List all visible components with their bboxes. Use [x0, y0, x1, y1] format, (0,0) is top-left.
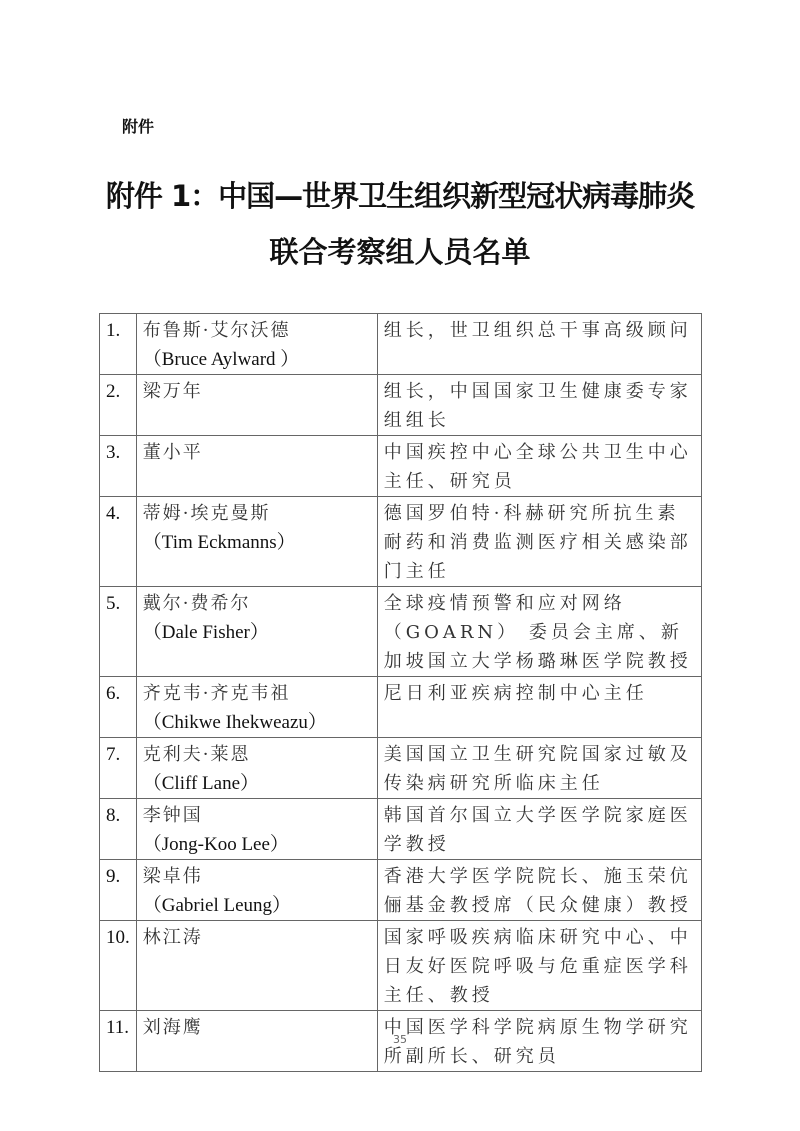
- member-name-english: （Gabriel Leung）: [143, 891, 371, 920]
- member-role-cell: 组长，中国国家卫生健康委专家组组长: [377, 375, 701, 436]
- member-name-chinese: 克利夫·莱恩: [143, 744, 251, 765]
- table-row: 6.齐克韦·齐克韦祖（Chikwe Ihekweazu）尼日利亚疾病控制中心主任: [100, 677, 702, 738]
- member-name-english: （Chikwe Ihekweazu）: [143, 708, 371, 737]
- member-name-chinese: 蒂姆·埃克曼斯: [143, 503, 271, 524]
- member-name-english: （Jong-Koo Lee）: [143, 830, 371, 859]
- member-name-cell: 梁万年: [136, 375, 377, 436]
- member-name-cell: 林江涛: [136, 921, 377, 1011]
- member-name-cell: 梁卓伟（Gabriel Leung）: [136, 860, 377, 921]
- member-name-chinese: 布鲁斯·艾尔沃德: [143, 320, 291, 341]
- member-role-cell: 全球疫情预警和应对网络（GOARN） 委员会主席、新加坡国立大学杨璐琳医学院教授: [377, 587, 701, 677]
- row-number: 9.: [100, 860, 137, 921]
- member-name-chinese: 戴尔·费希尔: [143, 593, 251, 614]
- member-name-chinese: 林江涛: [143, 927, 203, 948]
- member-name-cell: 布鲁斯·艾尔沃德（Bruce Aylward ）: [136, 314, 377, 375]
- row-number: 6.: [100, 677, 137, 738]
- row-number: 3.: [100, 436, 137, 497]
- member-name-cell: 李钟国（Jong-Koo Lee）: [136, 799, 377, 860]
- table-row: 1.布鲁斯·艾尔沃德（Bruce Aylward ）组长，世卫组织总干事高级顾问: [100, 314, 702, 375]
- member-name-chinese: 李钟国: [143, 805, 203, 826]
- table-row: 5.戴尔·费希尔（Dale Fisher）全球疫情预警和应对网络（GOARN） …: [100, 587, 702, 677]
- row-number: 4.: [100, 497, 137, 587]
- row-number: 7.: [100, 738, 137, 799]
- member-role-cell: 中国疾控中心全球公共卫生中心主任、研究员: [377, 436, 701, 497]
- member-name-cell: 齐克韦·齐克韦祖（Chikwe Ihekweazu）: [136, 677, 377, 738]
- row-number: 10.: [100, 921, 137, 1011]
- table-row: 10.林江涛国家呼吸疾病临床研究中心、中日友好医院呼吸与危重症医学科主任、教授: [100, 921, 702, 1011]
- row-number: 5.: [100, 587, 137, 677]
- member-name-chinese: 梁卓伟: [143, 866, 203, 887]
- member-role-cell: 韩国首尔国立大学医学院家庭医学教授: [377, 799, 701, 860]
- table-row: 8.李钟国（Jong-Koo Lee）韩国首尔国立大学医学院家庭医学教授: [100, 799, 702, 860]
- table-row: 3.董小平中国疾控中心全球公共卫生中心主任、研究员: [100, 436, 702, 497]
- member-name-cell: 蒂姆·埃克曼斯（Tim Eckmanns）: [136, 497, 377, 587]
- member-roster-table: 1.布鲁斯·艾尔沃德（Bruce Aylward ）组长，世卫组织总干事高级顾问…: [99, 313, 702, 1072]
- row-number: 8.: [100, 799, 137, 860]
- member-role-cell: 香港大学医学院院长、施玉荣伉俪基金教授席（民众健康）教授: [377, 860, 701, 921]
- row-number: 1.: [100, 314, 137, 375]
- row-number: 2.: [100, 375, 137, 436]
- page-number: 35: [0, 1033, 800, 1046]
- member-name-english: （Tim Eckmanns）: [143, 528, 371, 557]
- table-row: 4.蒂姆·埃克曼斯（Tim Eckmanns）德国罗伯特·科赫研究所抗生素耐药和…: [100, 497, 702, 587]
- table-row: 7.克利夫·莱恩（Cliff Lane）美国国立卫生研究院国家过敏及传染病研究所…: [100, 738, 702, 799]
- member-role-cell: 尼日利亚疾病控制中心主任: [377, 677, 701, 738]
- attachment-label: 附件: [122, 114, 154, 137]
- member-name-chinese: 梁万年: [143, 381, 203, 402]
- member-role-cell: 组长，世卫组织总干事高级顾问: [377, 314, 701, 375]
- document-title-line-2: 联合考察组人员名单: [0, 230, 800, 271]
- member-name-english: （Bruce Aylward ）: [143, 345, 371, 374]
- table-row: 9.梁卓伟（Gabriel Leung）香港大学医学院院长、施玉荣伉俪基金教授席…: [100, 860, 702, 921]
- table-row: 2.梁万年组长，中国国家卫生健康委专家组组长: [100, 375, 702, 436]
- member-role-cell: 美国国立卫生研究院国家过敏及传染病研究所临床主任: [377, 738, 701, 799]
- member-name-english: （Dale Fisher）: [143, 618, 371, 647]
- member-name-english: （Cliff Lane）: [143, 769, 371, 798]
- member-role-cell: 德国罗伯特·科赫研究所抗生素耐药和消费监测医疗相关感染部门主任: [377, 497, 701, 587]
- member-name-cell: 董小平: [136, 436, 377, 497]
- document-title-line-1: 附件 1：中国—世界卫生组织新型冠状病毒肺炎: [0, 174, 800, 215]
- member-name-chinese: 董小平: [143, 442, 203, 463]
- member-name-cell: 克利夫·莱恩（Cliff Lane）: [136, 738, 377, 799]
- member-name-cell: 戴尔·费希尔（Dale Fisher）: [136, 587, 377, 677]
- member-name-chinese: 齐克韦·齐克韦祖: [143, 683, 291, 704]
- member-role-cell: 国家呼吸疾病临床研究中心、中日友好医院呼吸与危重症医学科主任、教授: [377, 921, 701, 1011]
